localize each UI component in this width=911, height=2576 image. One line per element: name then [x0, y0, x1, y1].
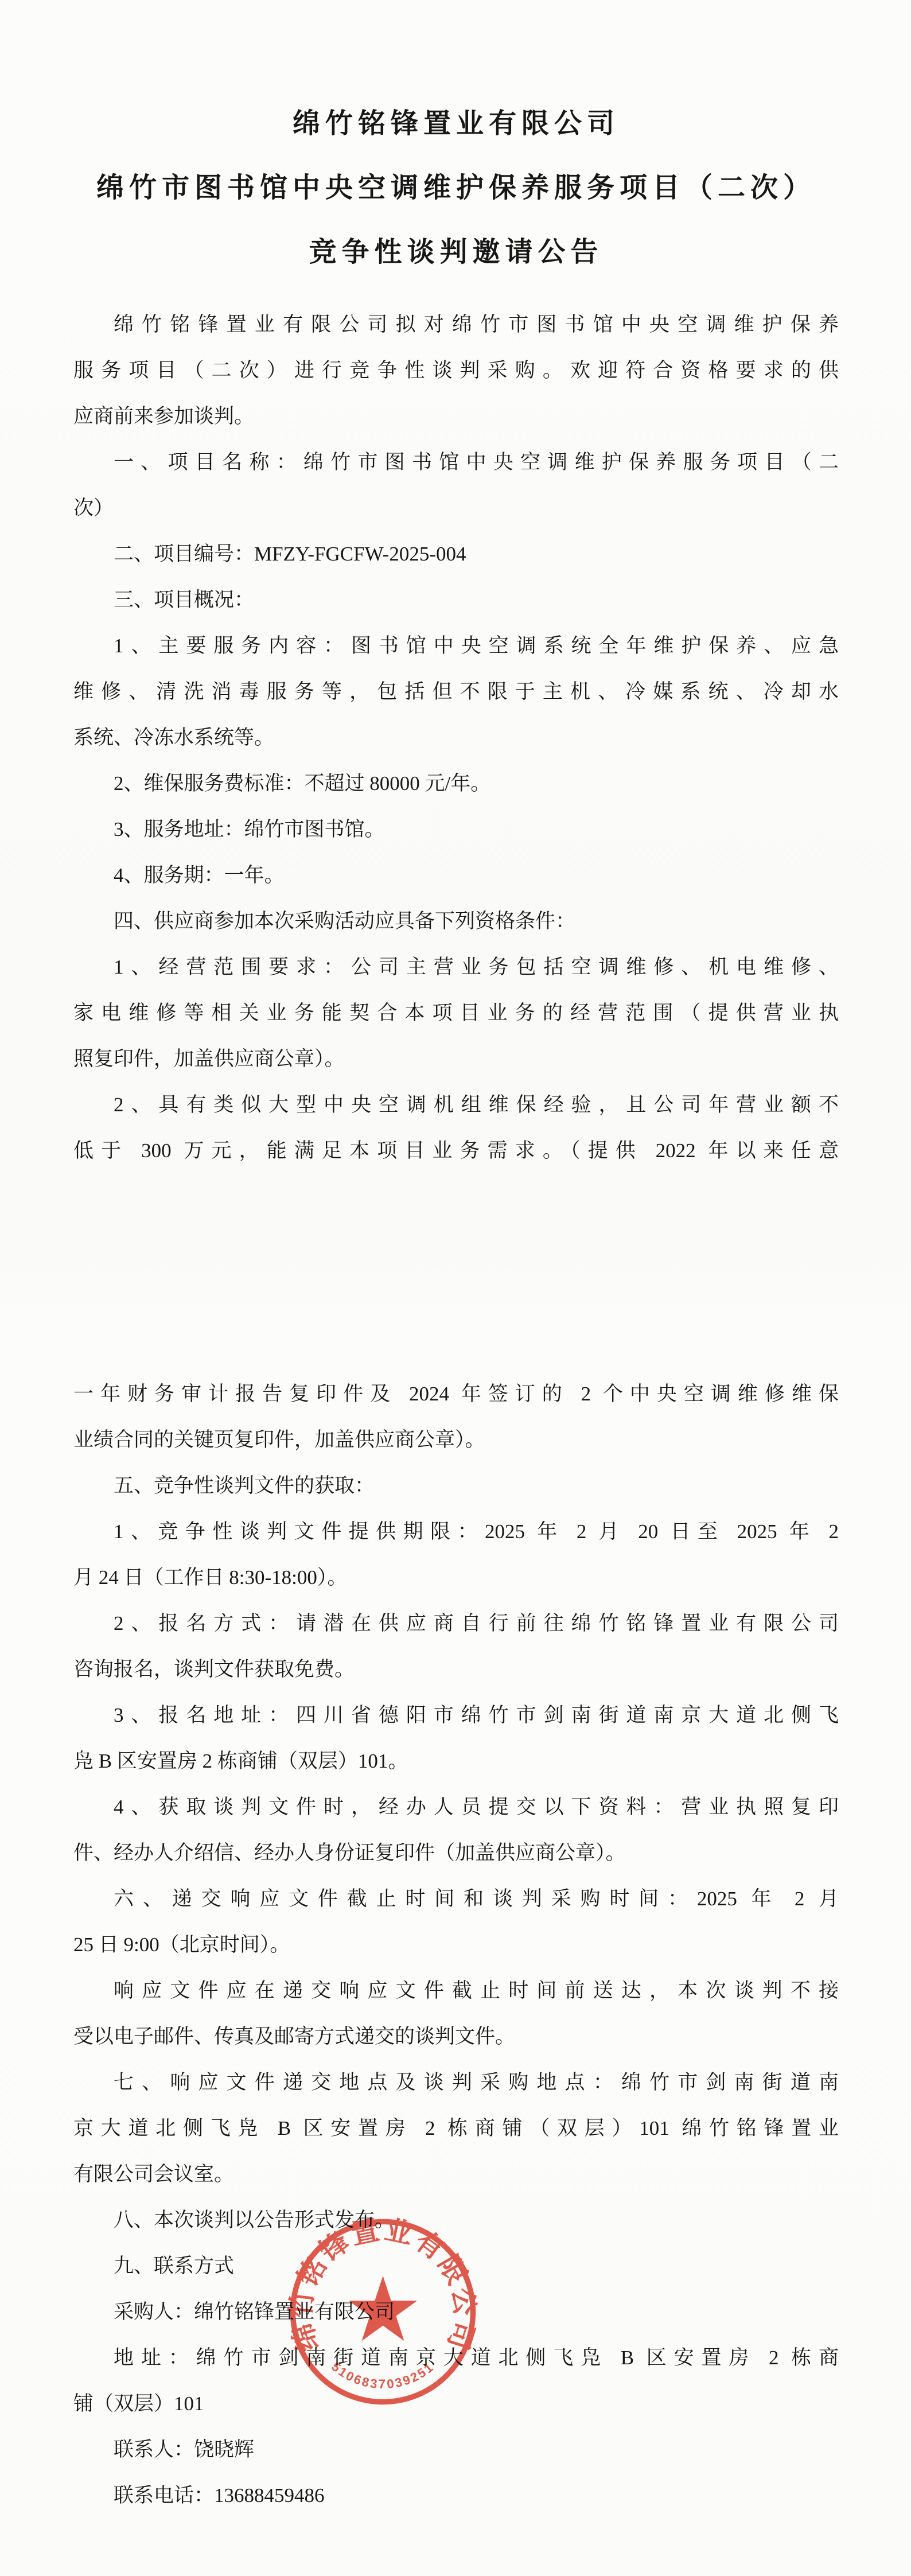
- paragraph-line: 1、经营范围要求：公司主营业务包括空调维修、机电维修、: [73, 944, 839, 990]
- paragraph-line: 4、获取谈判文件时，经办人员提交以下资料：营业执照复印: [73, 1784, 839, 1830]
- paragraph-line: 咨询报名，谈判文件获取免费。: [73, 1647, 839, 1692]
- paragraph-line: 地址：绵竹市剑南街道南京大道北侧飞凫 B 区安置房 2 栋商: [73, 2335, 839, 2381]
- paragraph-line: 一、项目名称：绵竹市图书馆中央空调维护保养服务项目（二: [73, 439, 839, 485]
- paragraph-line: 维修、清洗消毒服务等，包括但不限于主机、冷媒系统、冷却水: [73, 669, 839, 715]
- paragraph-line: 六、递交响应文件截止时间和谈判采购时间：2025 年 2 月: [73, 1876, 839, 1922]
- title-line-project: 绵竹市图书馆中央空调维护保养服务项目（二次）: [73, 156, 839, 220]
- paragraph-line: 2、维保服务费标准：不超过 80000 元/年。: [73, 761, 839, 807]
- paragraph-line: 3、报名地址：四川省德阳市绵竹市剑南街道南京大道北侧飞: [73, 1692, 839, 1738]
- paragraph-line: 25 日 9:00（北京时间）。: [73, 1922, 839, 1968]
- paragraph-line: 低于 300 万元，能满足本项目业务需求。（提供 2022 年以来任意: [73, 1128, 839, 1174]
- paragraph-line: 凫 B 区安置房 2 栋商铺（双层）101。: [73, 1738, 839, 1784]
- paragraph-line: 有限公司会议室。: [73, 2151, 839, 2197]
- paragraph-line: 七、响应文件递交地点及谈判采购地点：绵竹市剑南街道南: [73, 2060, 839, 2106]
- paragraph-line: 四、供应商参加本次采购活动应具备下列资格条件：: [73, 898, 839, 944]
- paragraph-line: 1、竞争性谈判文件提供期限：2025 年 2 月 20 日至 2025 年 2: [73, 1509, 839, 1555]
- paragraph-line: 九、联系方式: [73, 2243, 839, 2289]
- paragraph-line: 五、竞争性谈判文件的获取：: [73, 1463, 839, 1509]
- paragraph-line: 联系电话：13688459486: [73, 2473, 839, 2519]
- paragraph-line: 京大道北侧飞凫 B 区安置房 2 栋商铺（双层）101 绵竹铭锋置业: [73, 2106, 839, 2151]
- paragraph-line: 系统、冷冻水系统等。: [73, 715, 839, 761]
- paragraph-line: 应商前来参加谈判。: [73, 394, 839, 439]
- paragraph-line: 响应文件应在递交响应文件截止时间前送达，本次谈判不接: [73, 1968, 839, 2014]
- document-title: 绵竹铭锋置业有限公司 绵竹市图书馆中央空调维护保养服务项目（二次） 竞争性谈判邀…: [73, 92, 839, 285]
- paragraph-line: 一年财务审计报告复印件及 2024 年签订的 2 个中央空调维修维保: [73, 1371, 839, 1417]
- paragraph-line: 2、报名方式：请潜在供应商自行前往绵竹铭锋置业有限公司: [73, 1601, 839, 1647]
- paragraph-line: 2、具有类似大型中央空调机组维保经验，且公司年营业额不: [73, 1082, 839, 1128]
- document-body-page-1: 绵竹铭锋置业有限公司拟对绵竹市图书馆中央空调维护保养服务项目（二次）进行竞争性谈…: [73, 302, 839, 1174]
- paragraph-line: 件、经办人介绍信、经办人身份证复印件（加盖供应商公章）。: [73, 1830, 839, 1876]
- paragraph-line: 绵竹铭锋置业有限公司拟对绵竹市图书馆中央空调维护保养: [73, 302, 839, 348]
- paragraph-line: 联系人：饶晓辉: [73, 2427, 839, 2473]
- paragraph-line: 铺（双层）101: [73, 2381, 839, 2427]
- paragraph-line: 次）: [73, 485, 839, 531]
- paragraph-line: 1、主要服务内容：图书馆中央空调系统全年维护保养、应急: [73, 623, 839, 669]
- title-line-announcement: 竞争性谈判邀请公告: [73, 220, 839, 285]
- paragraph-line: 业绩合同的关键页复印件，加盖供应商公章）。: [73, 1417, 839, 1463]
- paragraph-line: 受以电子邮件、传真及邮寄方式递交的谈判文件。: [73, 2014, 839, 2060]
- paragraph-line: 家电维修等相关业务能契合本项目业务的经营范围（提供营业执: [73, 990, 839, 1036]
- document-body-page-2: 一年财务审计报告复印件及 2024 年签订的 2 个中央空调维修维保业绩合同的关…: [73, 1371, 839, 2519]
- paragraph-line: 3、服务地址：绵竹市图书馆。: [73, 807, 839, 853]
- paragraph-line: 八、本次谈判以公告形式发布。: [73, 2197, 839, 2243]
- document-content: 绵竹铭锋置业有限公司 绵竹市图书馆中央空调维护保养服务项目（二次） 竞争性谈判邀…: [73, 0, 839, 2519]
- paragraph-line: 4、服务期：一年。: [73, 853, 839, 898]
- paragraph-line: 服务项目（二次）进行竞争性谈判采购。欢迎符合资格要求的供: [73, 348, 839, 394]
- paragraph-line: 照复印件，加盖供应商公章）。: [73, 1036, 839, 1082]
- paragraph-line: 月 24 日（工作日 8:30-18:00）。: [73, 1555, 839, 1601]
- title-line-company: 绵竹铭锋置业有限公司: [73, 92, 839, 156]
- paragraph-line: 二、项目编号：MFZY-FGCFW-2025-004: [73, 531, 839, 577]
- paragraph-line: 采购人：绵竹铭锋置业有限公司: [73, 2289, 839, 2335]
- paragraph-line: 三、项目概况：: [73, 577, 839, 623]
